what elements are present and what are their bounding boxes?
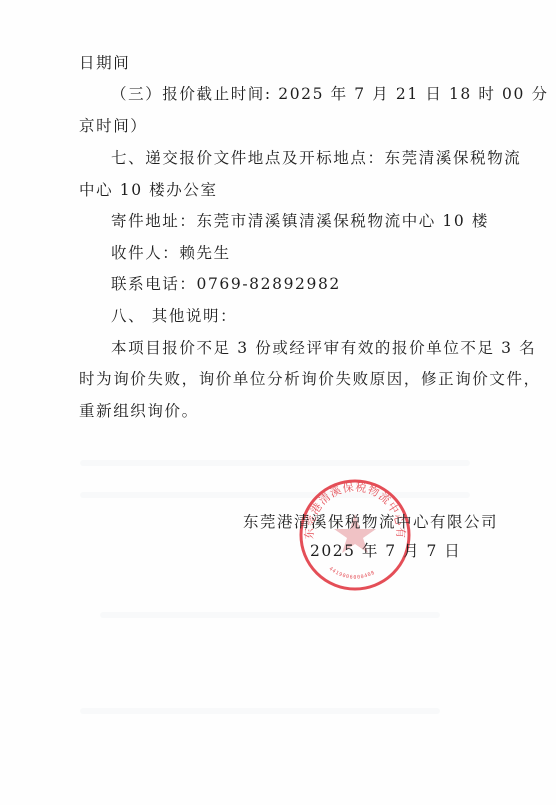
- document-page: 日期间 （三）报价截止时间: 2025 年 7 月 21 日 18 时 00 分…: [0, 0, 556, 805]
- text-line-date-period: 日期间: [79, 53, 130, 73]
- signature-company: 东莞港清溪保税物流中心有限公司: [243, 512, 498, 532]
- section-seven-heading: 七、递交报价文件地点及开标地点：东莞清溪保税物流: [111, 148, 521, 168]
- signature-date: 2025 年 7 月 7 日: [310, 541, 461, 561]
- contact-phone: 联系电话：0769-82892982: [111, 274, 341, 294]
- other-notes-line-3: 重新组织询价。: [79, 401, 199, 421]
- show-through: [100, 612, 440, 618]
- other-notes-line-1: 本项目报价不足 3 份或经评审有效的报价单位不足 3 名: [111, 338, 536, 358]
- show-through: [80, 708, 440, 714]
- mailing-address: 寄件地址：东莞市清溪镇清溪保税物流中心 10 楼: [111, 211, 489, 231]
- recipient: 收件人：赖先生: [111, 243, 231, 263]
- show-through: [80, 460, 470, 466]
- other-notes-line-2: 时为询价失败，询价单位分析询价失败原因，修正询价文件，: [79, 369, 541, 389]
- section-eight-heading: 八、 其他说明：: [111, 306, 237, 326]
- official-seal-icon: 东莞港清溪保税物流中心有限公司 4419006000408: [298, 478, 412, 592]
- text-line-deadline: （三）报价截止时间: 2025 年 7 月 21 日 18 时 00 分（北: [111, 84, 556, 104]
- text-line-beijing-time: 京时间）: [79, 116, 147, 136]
- text-line-office: 中心 10 楼办公室: [79, 180, 218, 200]
- svg-text:4419006000408: 4419006000408: [328, 566, 377, 581]
